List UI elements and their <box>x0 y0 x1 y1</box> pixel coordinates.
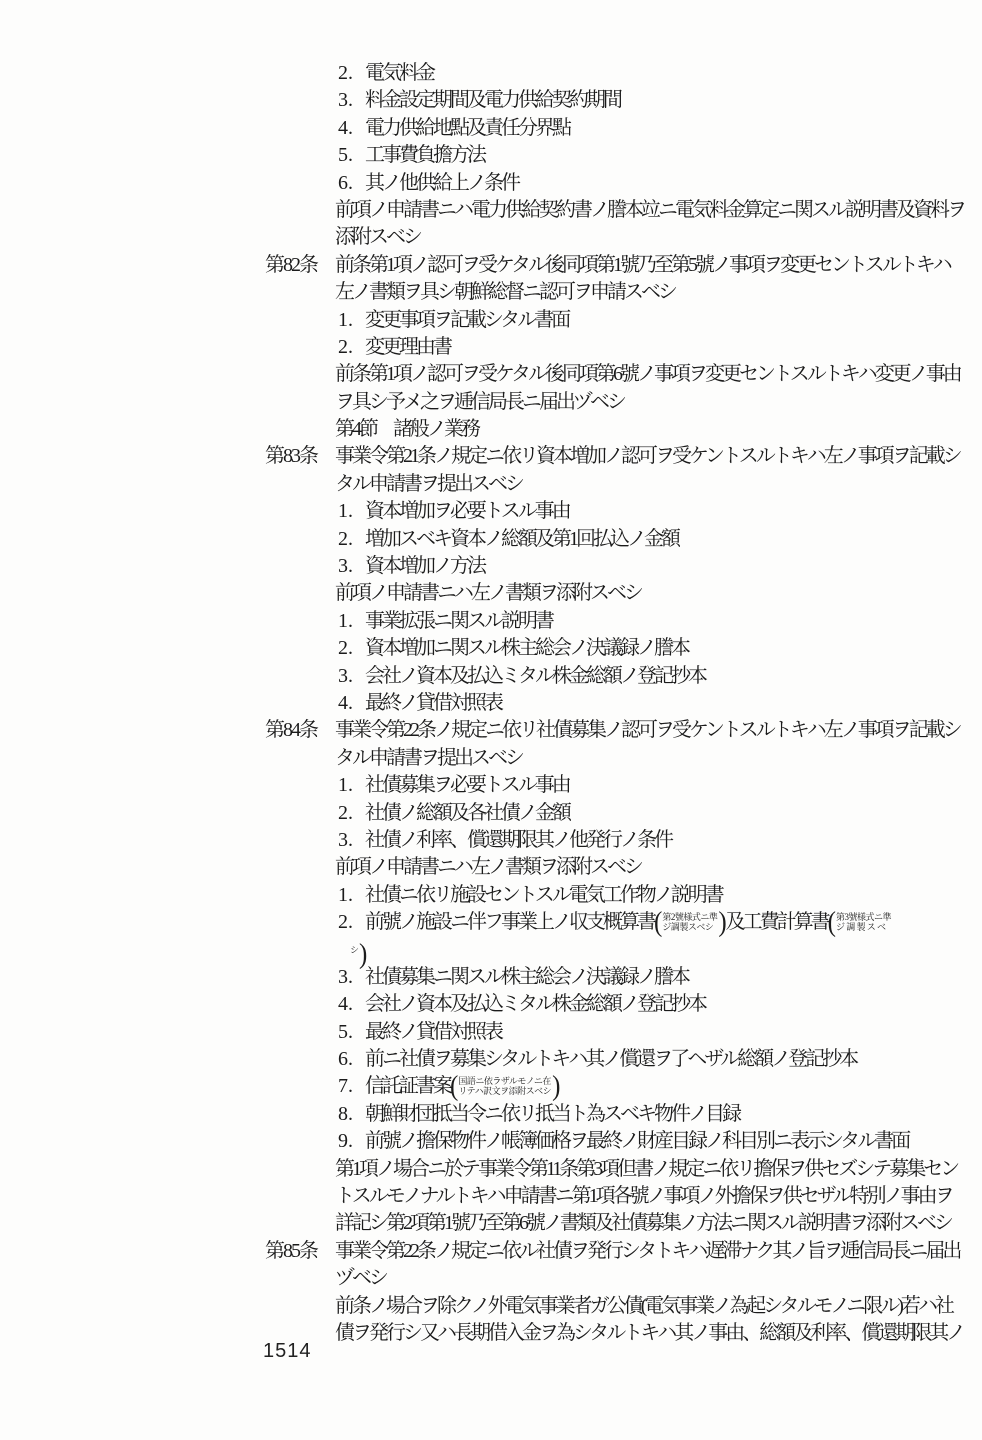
item-number: 3. <box>338 964 365 991</box>
line-text: 債ヲ発行シ又ハ長期借入金ヲ為シタルトキハ其ノ事由、総額及利率、償還期限其ノ <box>335 1322 963 1344</box>
item-number: 6. <box>338 170 365 197</box>
line-text: 社債ノ利率、償還期限其ノ他発行ノ条件 <box>365 829 671 851</box>
item-number: 8. <box>338 1101 365 1128</box>
warichu-paren: ( <box>654 907 661 939</box>
warichu-note: 国語ニ依ラザルモノニ在リテハ訳文ヲ添附スベシ <box>458 1076 551 1096</box>
line-text: 詳記シ第2項第1號乃至第6號ノ書類及社債募集ノ方法ニ関スル説明書ヲ添附スベシ <box>335 1212 951 1234</box>
scanned-document-page: 2.電気料金3.料金設定期間及電力供給契約期間4.電力供給地點及責任分界點5.工… <box>0 0 982 1440</box>
line-text: 前条第1項ノ認可ヲ受ケタル後同項第6號ノ事項ヲ変更セントスルトキハ変更ノ事由 <box>335 363 960 385</box>
paragraph-line: タル申請書ヲ提出スベシ <box>265 745 980 772</box>
list-item-line: 3.料金設定期間及電力供給契約期間 <box>265 87 980 114</box>
paragraph-line: 前項ノ申請書ニハ電力供給契約書ノ謄本竝ニ電気料金算定ニ関スル説明書及資料ヲ <box>265 197 980 224</box>
paragraph-line: 左ノ書類ヲ具シ朝鮮総督ニ認可ヲ申請スベシ <box>265 279 980 306</box>
list-item-line: 5.工事費負擔方法 <box>265 142 980 169</box>
warichu-paren: ( <box>450 1071 457 1103</box>
line-text: 其ノ他供給上ノ条件 <box>365 172 518 194</box>
item-number: 3. <box>338 553 365 580</box>
list-item-line: 6.前ニ社債ヲ募集シタルトキハ其ノ償還ヲ了ヘザル総額ノ登記抄本 <box>265 1046 980 1073</box>
list-item-line: 2.前號ノ施設ニ伴フ事業上ノ収支概算書(第2號様式ニ準ジ調製スベシ)及工費計算書… <box>265 909 980 936</box>
line-text: 前號ノ施設ニ伴フ事業上ノ収支概算書 <box>365 911 654 933</box>
list-item-line: 2.変更理由書 <box>265 334 980 361</box>
warichu-continuation: シ <box>350 945 359 955</box>
warichu-paren: ) <box>718 907 725 939</box>
warichu-paren: ( <box>828 907 835 939</box>
item-number: 4. <box>338 991 365 1018</box>
line-text: 前項ノ申請書ニハ左ノ書類ヲ添附スベシ <box>335 856 641 878</box>
list-item-line: 2.電気料金 <box>265 60 980 87</box>
paragraph-line: タル申請書ヲ提出スベシ <box>265 471 980 498</box>
line-text: 社債ニ依リ施設セントスル電気工作物ノ説明書 <box>365 884 722 906</box>
line-text: 事業拡張ニ関スル説明書 <box>365 610 552 632</box>
article-line: 第85条事業令第22条ノ規定ニ依ル社債ヲ発行シタトキハ遅滞ナク其ノ旨ヲ逓信局長ニ… <box>265 1238 980 1265</box>
article-number: 第85条 <box>265 1238 335 1265</box>
item-number: 1. <box>338 772 365 799</box>
line-text: 前ニ社債ヲ募集シタルトキハ其ノ償還ヲ了ヘザル総額ノ登記抄本 <box>365 1048 856 1070</box>
list-item-line: 1.社債募集ヲ必要トスル事由 <box>265 772 980 799</box>
item-number: 2. <box>338 909 365 936</box>
item-number: 5. <box>338 1019 365 1046</box>
warichu-paren: ) <box>552 1071 559 1103</box>
line-text: タル申請書ヲ提出スベシ <box>335 747 522 769</box>
article-line: 第83条事業令第21条ノ規定ニ依リ資本増加ノ認可ヲ受ケントスルトキハ左ノ事項ヲ記… <box>265 443 980 470</box>
item-number: 9. <box>338 1128 365 1155</box>
line-text: 第4節 諸般ノ業務 <box>335 418 478 440</box>
line-text: 信託証書案 <box>365 1075 450 1097</box>
list-item-line: 1.社債ニ依リ施設セントスル電気工作物ノ説明書 <box>265 882 980 909</box>
item-number: 6. <box>338 1046 365 1073</box>
paragraph-line: 詳記シ第2項第1號乃至第6號ノ書類及社債募集ノ方法ニ関スル説明書ヲ添附スベシ <box>265 1210 980 1237</box>
list-item-line: 8.朝鮮財団抵当令ニ依リ抵当ト為スベキ物件ノ目録 <box>265 1101 980 1128</box>
line-text: 朝鮮財団抵当令ニ依リ抵当ト為スベキ物件ノ目録 <box>365 1103 739 1125</box>
list-item-line: 1.資本増加ヲ必要トスル事由 <box>265 498 980 525</box>
list-item-line: 7.信託証書案(国語ニ依ラザルモノニ在リテハ訳文ヲ添附スベシ) <box>265 1073 980 1100</box>
line-text: 会社ノ資本及払込ミタル株金総額ノ登記抄本 <box>365 665 705 687</box>
paragraph-line: 前条第1項ノ認可ヲ受ケタル後同項第6號ノ事項ヲ変更セントスルトキハ変更ノ事由 <box>265 361 980 388</box>
article-line: 第82条前条第1項ノ認可ヲ受ケタル後同項第1號乃至第5號ノ事項ヲ変更セントスルト… <box>265 252 980 279</box>
item-number: 1. <box>338 882 365 909</box>
paragraph-line: 添附スベシ <box>265 224 980 251</box>
item-number: 5. <box>338 142 365 169</box>
line-text: 最終ノ貸借対照表 <box>365 692 501 714</box>
line-text: 第1項ノ場合ニ於テ事業令第11条第3項但書ノ規定ニ依リ擔保ヲ供セズシテ募集セン <box>335 1158 957 1180</box>
item-number: 2. <box>338 526 365 553</box>
line-text: 工事費負擔方法 <box>365 144 484 166</box>
list-item-line: 1.変更事項ヲ記載シタル書面 <box>265 307 980 334</box>
line-text: 資本増加ニ関スル株主総会ノ決議録ノ謄本 <box>365 637 688 659</box>
paragraph-line: トスルモノナルトキハ申請書ニ第1項各號ノ事項ノ外擔保ヲ供セザル特別ノ事由ヲ <box>265 1183 980 1210</box>
item-number: 3. <box>338 663 365 690</box>
line-text: 電気料金 <box>365 62 433 84</box>
paragraph-line: 債ヲ発行シ又ハ長期借入金ヲ為シタルトキハ其ノ事由、総額及利率、償還期限其ノ <box>265 1320 980 1347</box>
item-number: 2. <box>338 60 365 87</box>
line-text: 社債募集ヲ必要トスル事由 <box>365 774 569 796</box>
line-text: 前項ノ申請書ニハ電力供給契約書ノ謄本竝ニ電気料金算定ニ関スル説明書及資料ヲ <box>335 199 964 221</box>
list-item-line: 4.最終ノ貸借対照表 <box>265 690 980 717</box>
list-item-line: 4.電力供給地點及責任分界點 <box>265 115 980 142</box>
list-item-line: 4.会社ノ資本及払込ミタル株金総額ノ登記抄本 <box>265 991 980 1018</box>
list-item-line: 1.事業拡張ニ関スル説明書 <box>265 608 980 635</box>
article-number: 第82条 <box>265 252 335 279</box>
line-text: 会社ノ資本及払込ミタル株金総額ノ登記抄本 <box>365 993 705 1015</box>
line-text: 事業令第22条ノ規定ニ依リ社債募集ノ認可ヲ受ケントスルトキハ左ノ事項ヲ記載シ <box>335 719 960 741</box>
list-item-line: 9.前號ノ擔保物件ノ帳簿価格ヲ最終ノ財産目録ノ科目別ニ表示シタル書面 <box>265 1128 980 1155</box>
line-text: 料金設定期間及電力供給契約期間 <box>365 89 620 111</box>
list-item-line: 6.其ノ他供給上ノ条件 <box>265 170 980 197</box>
paragraph-line: 第1項ノ場合ニ於テ事業令第11条第3項但書ノ規定ニ依リ擔保ヲ供セズシテ募集セン <box>265 1156 980 1183</box>
list-item-line: 3.社債ノ利率、償還期限其ノ他発行ノ条件 <box>265 827 980 854</box>
line-text: 左ノ書類ヲ具シ朝鮮総督ニ認可ヲ申請スベシ <box>335 281 675 303</box>
item-number: 4. <box>338 690 365 717</box>
item-number: 3. <box>338 827 365 854</box>
list-item-line: 2.資本増加ニ関スル株主総会ノ決議録ノ謄本 <box>265 635 980 662</box>
article-line: 第84条事業令第22条ノ規定ニ依リ社債募集ノ認可ヲ受ケントスルトキハ左ノ事項ヲ記… <box>265 717 980 744</box>
line-text: 及工費計算書 <box>726 911 828 933</box>
line-text: 資本増加ノ方法 <box>365 555 484 577</box>
paragraph-line: 前項ノ申請書ニハ左ノ書類ヲ添附スベシ <box>265 580 980 607</box>
paragraph-line: 前条ノ場合ヲ除クノ外電気事業者ガ公債(電気事業ノ為起シタルモノニ限ル)若ハ社 <box>265 1293 980 1320</box>
line-text: 資本増加ヲ必要トスル事由 <box>365 500 569 522</box>
line-text: 変更事項ヲ記載シタル書面 <box>365 309 568 331</box>
article-number: 第84条 <box>265 717 335 744</box>
document-body: 2.電気料金3.料金設定期間及電力供給契約期間4.電力供給地點及責任分界點5.工… <box>265 60 980 1347</box>
line-text: トスルモノナルトキハ申請書ニ第1項各號ノ事項ノ外擔保ヲ供セザル特別ノ事由ヲ <box>335 1185 952 1207</box>
item-number: 1. <box>338 307 365 334</box>
continuation-line: シ) <box>265 937 980 964</box>
line-text: 変更理由書 <box>365 336 450 358</box>
line-text: 前条ノ場合ヲ除クノ外電気事業者ガ公債(電気事業ノ為起シタルモノニ限ル)若ハ社 <box>335 1295 952 1317</box>
line-text: 添附スベシ <box>335 226 420 248</box>
line-text: 事業令第21条ノ規定ニ依リ資本増加ノ認可ヲ受ケントスルトキハ左ノ事項ヲ記載シ <box>335 445 960 467</box>
paragraph-line: 前項ノ申請書ニハ左ノ書類ヲ添附スベシ <box>265 854 980 881</box>
line-text: 社債募集ニ関スル株主総会ノ決議録ノ謄本 <box>365 966 688 988</box>
line-text: 電力供給地點及責任分界點 <box>365 117 569 139</box>
section-heading-line: 第4節 諸般ノ業務 <box>265 416 980 443</box>
item-number: 1. <box>338 608 365 635</box>
line-text: タル申請書ヲ提出スベシ <box>335 473 522 495</box>
item-number: 7. <box>338 1073 365 1100</box>
line-text: 最終ノ貸借対照表 <box>365 1021 501 1043</box>
list-item-line: 3.社債募集ニ関スル株主総会ノ決議録ノ謄本 <box>265 964 980 991</box>
list-item-line: 2.増加スベキ資本ノ総額及第1回払込ノ金額 <box>265 526 980 553</box>
list-item-line: 3.資本増加ノ方法 <box>265 553 980 580</box>
item-number: 2. <box>338 334 365 361</box>
paragraph-line: ヲ具シ予メ之ヲ逓信局長ニ届出ヅベシ <box>265 389 980 416</box>
line-text: 社債ノ総額及各社債ノ金額 <box>365 802 569 824</box>
list-item-line: 2.社債ノ総額及各社債ノ金額 <box>265 800 980 827</box>
line-text: ヲ具シ予メ之ヲ逓信局長ニ届出ヅベシ <box>335 391 624 413</box>
line-text: 増加スベキ資本ノ総額及第1回払込ノ金額 <box>365 528 678 550</box>
warichu-note: 第2號様式ニ準ジ調製スベシ <box>662 912 717 932</box>
item-number: 2. <box>338 800 365 827</box>
item-number: 3. <box>338 87 365 114</box>
line-text: 前項ノ申請書ニハ左ノ書類ヲ添附スベシ <box>335 582 641 604</box>
page-number: 1514 <box>263 1340 312 1363</box>
line-text: 事業令第22条ノ規定ニ依ル社債ヲ発行シタトキハ遅滞ナク其ノ旨ヲ逓信局長ニ届出 <box>335 1240 959 1262</box>
line-text: 前號ノ擔保物件ノ帳簿価格ヲ最終ノ財産目録ノ科目別ニ表示シタル書面 <box>365 1130 908 1152</box>
line-text: ヅベシ <box>335 1267 386 1289</box>
list-item-line: 5.最終ノ貸借対照表 <box>265 1019 980 1046</box>
article-number: 第83条 <box>265 443 335 470</box>
warichu-note: 第3號様式ニ準ジ 調 製 ス ベ <box>836 912 891 932</box>
item-number: 4. <box>338 115 365 142</box>
item-number: 1. <box>338 498 365 525</box>
line-text: 前条第1項ノ認可ヲ受ケタル後同項第1號乃至第5號ノ事項ヲ変更セントスルトキハ <box>335 254 950 276</box>
list-item-line: 3.会社ノ資本及払込ミタル株金総額ノ登記抄本 <box>265 663 980 690</box>
item-number: 2. <box>338 635 365 662</box>
paragraph-line: ヅベシ <box>265 1265 980 1292</box>
